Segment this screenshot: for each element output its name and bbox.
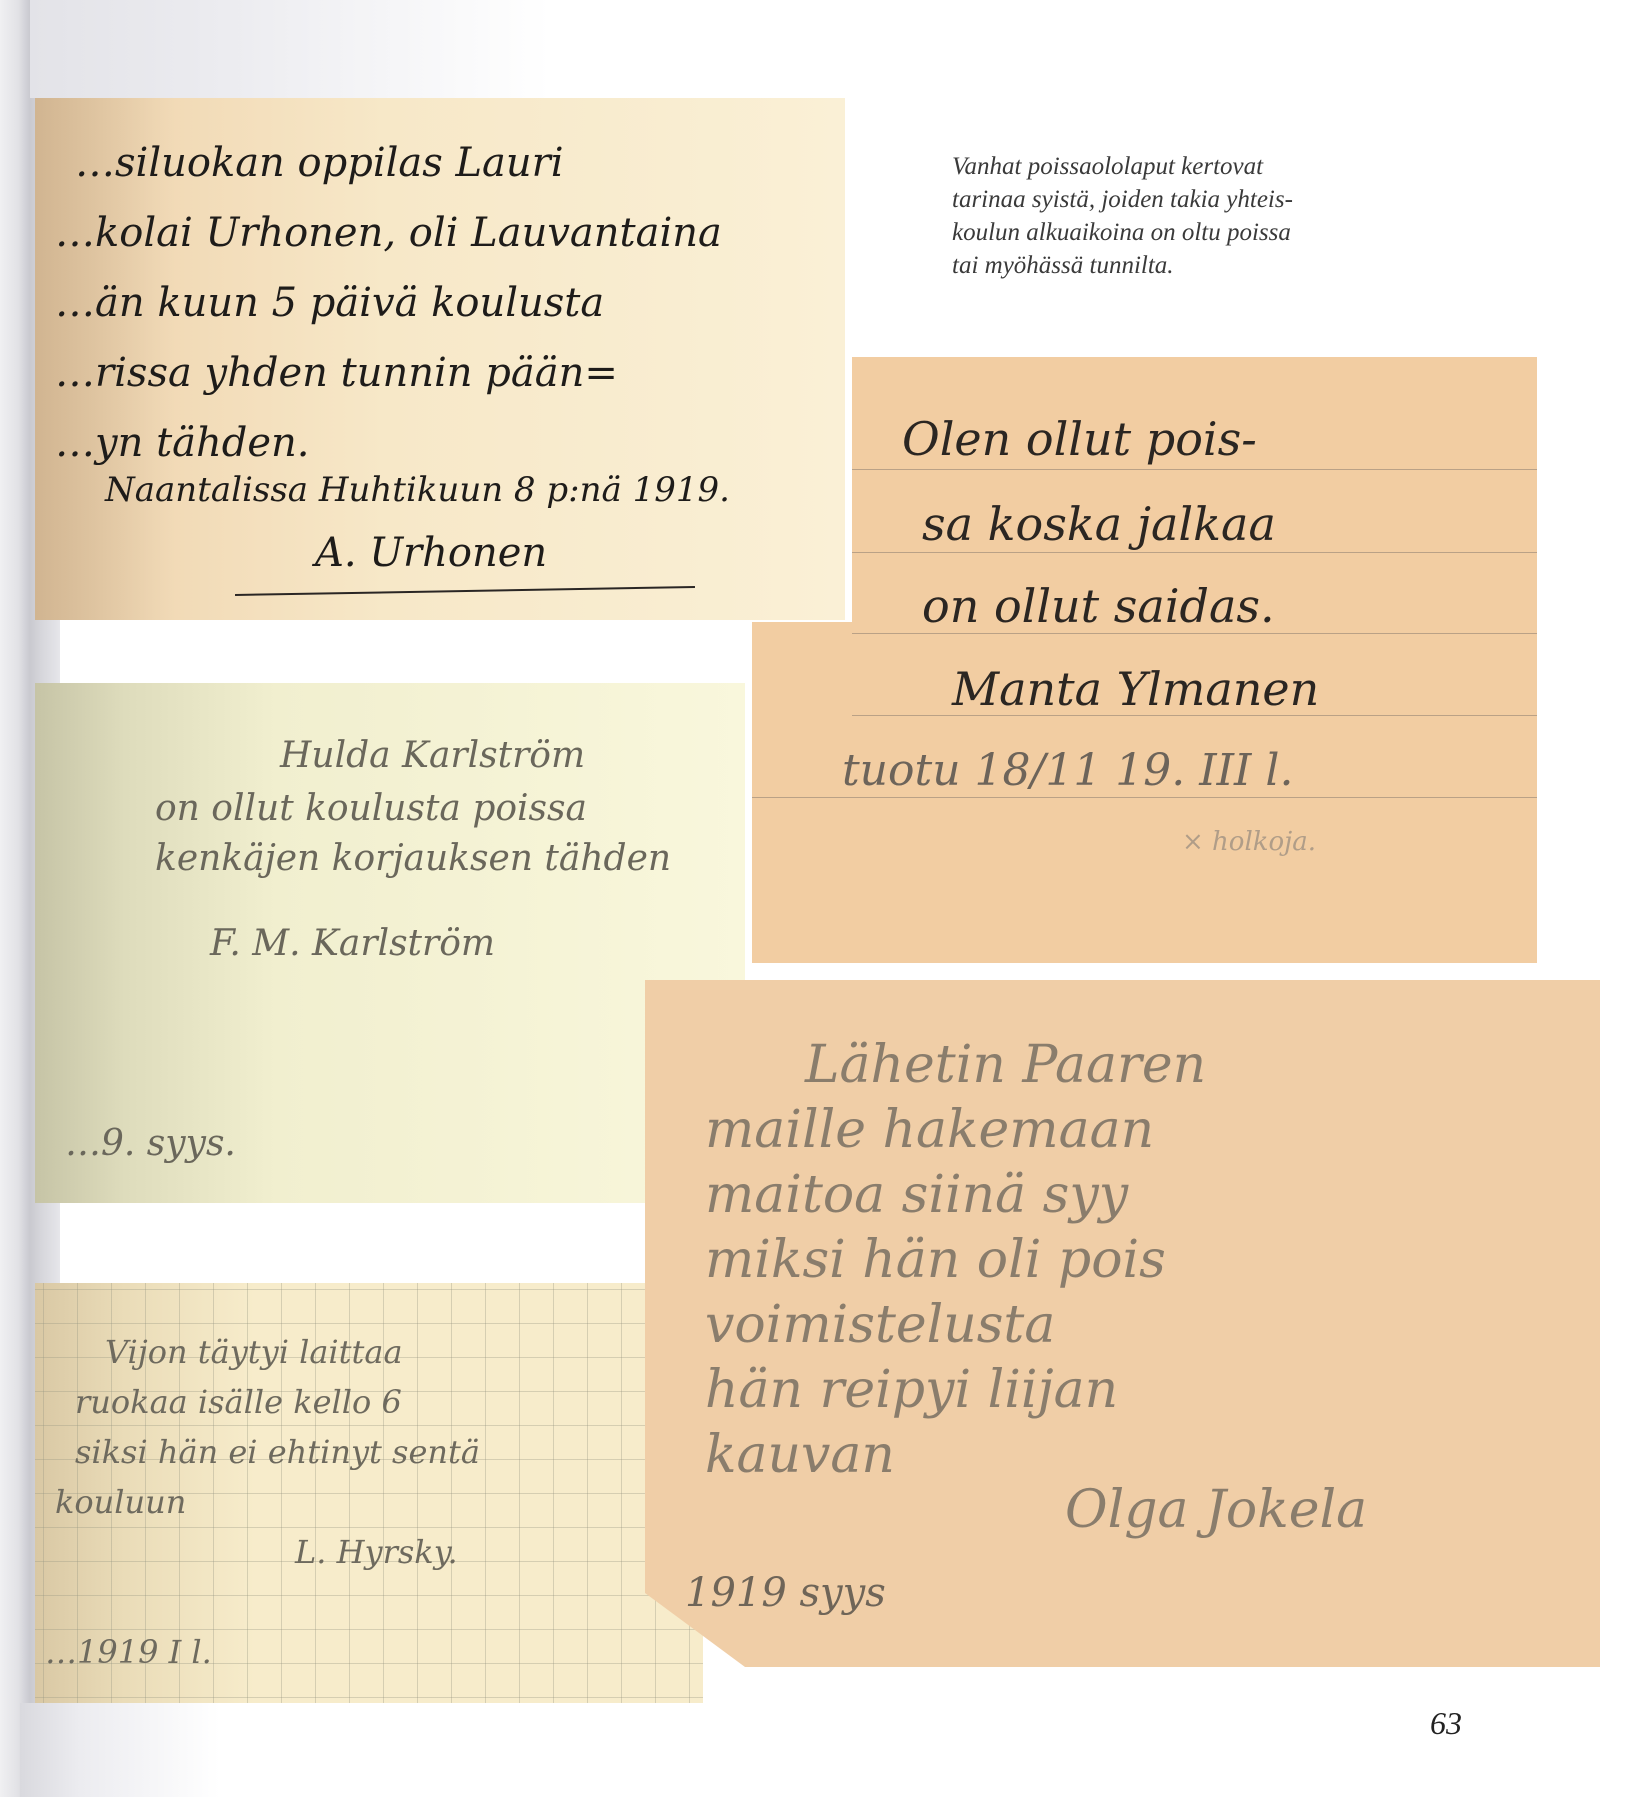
handwritten-line: sa koska jalkaa (922, 497, 1276, 551)
handwritten-annotation: 1919 syys (685, 1570, 886, 1616)
handwritten-annotation: tuotu 18/11 19. III l. (842, 745, 1293, 796)
handwritten-line: hän reipyi liijan (705, 1360, 1118, 1420)
photo-caption: Vanhat poissaololaput kertovat tarinaa s… (952, 150, 1422, 282)
absence-note-urhonen: …siluokan oppilas Lauri …kolai Urhonen, … (35, 98, 845, 620)
handwritten-line: on ollut saidas. (922, 579, 1275, 633)
ruled-line (752, 797, 1537, 798)
handwritten-line: on ollut koulusta poissa (155, 788, 587, 829)
handwritten-signature: F. M. Karlström (210, 923, 495, 964)
handwritten-line: Olen ollut pois- (902, 412, 1257, 466)
handwritten-line: …rissa yhden tunnin pään= (55, 350, 618, 396)
gutter-bottom-shade (20, 1703, 280, 1797)
caption-line: Vanhat poissaololaput kertovat (952, 150, 1422, 183)
ruled-line (852, 552, 1537, 553)
ruled-line (852, 633, 1537, 634)
absence-note-hyrsky: Vijon täytyi laittaa ruokaa isälle kello… (35, 1283, 703, 1703)
page-number: 63 (1430, 1705, 1462, 1742)
handwritten-line: maitoa siinä syy (705, 1165, 1128, 1225)
handwritten-date-line: Naantalissa Huhtikuun 8 p:nä 1919. (105, 470, 730, 510)
signature-underline (235, 586, 695, 596)
handwritten-line: …siluokan oppilas Lauri (75, 140, 564, 186)
handwritten-line: …yn tähden. (55, 420, 310, 466)
absence-note-jokela: Lähetin Paaren maille hakemaan maitoa si… (645, 980, 1600, 1667)
handwritten-annotation: …9. syys. (65, 1123, 236, 1164)
handwritten-line: maille hakemaan (705, 1100, 1154, 1160)
absence-note-ylmanen: Olen ollut pois- sa koska jalkaa on ollu… (752, 357, 1537, 963)
handwritten-line: …än kuun 5 päivä koulusta (55, 280, 604, 326)
handwritten-signature: L. Hyrsky. (295, 1533, 458, 1571)
handwritten-signature: Olga Jokela (1065, 1480, 1367, 1540)
ruled-line (852, 469, 1537, 470)
handwritten-line: ruokaa isälle kello 6 (75, 1383, 402, 1421)
handwritten-line: Vijon täytyi laittaa (105, 1333, 403, 1371)
handwritten-marginal-note: × holkoja. (1182, 827, 1316, 857)
handwritten-annotation: …1919 I l. (45, 1633, 212, 1671)
handwritten-line: kouluun (55, 1483, 186, 1521)
handwritten-line: miksi hän oli pois (705, 1230, 1166, 1290)
handwritten-line: voimistelusta (705, 1295, 1055, 1355)
handwritten-line: …kolai Urhonen, oli Lauvantaina (55, 210, 722, 256)
handwritten-line: Hulda Karlström (280, 735, 585, 776)
handwritten-line: kenkäjen korjauksen tähden (155, 838, 671, 879)
handwritten-line: Lähetin Paaren (805, 1035, 1206, 1095)
absence-note-karlstrom: Hulda Karlström on ollut koulusta poissa… (35, 683, 745, 1203)
handwritten-line: siksi hän ei ehtinyt sentä (75, 1433, 480, 1471)
handwritten-signature: Manta Ylmanen (952, 662, 1319, 716)
gutter-top-shade (30, 0, 850, 98)
handwritten-signature: A. Urhonen (315, 530, 547, 576)
caption-line: tarinaa syistä, joiden takia yhteis- (952, 183, 1422, 216)
caption-line: tai myöhässä tunnilta. (952, 249, 1422, 282)
handwritten-line: kauvan (705, 1425, 895, 1485)
caption-line: koulun alkuaikoina on oltu poissa (952, 216, 1422, 249)
